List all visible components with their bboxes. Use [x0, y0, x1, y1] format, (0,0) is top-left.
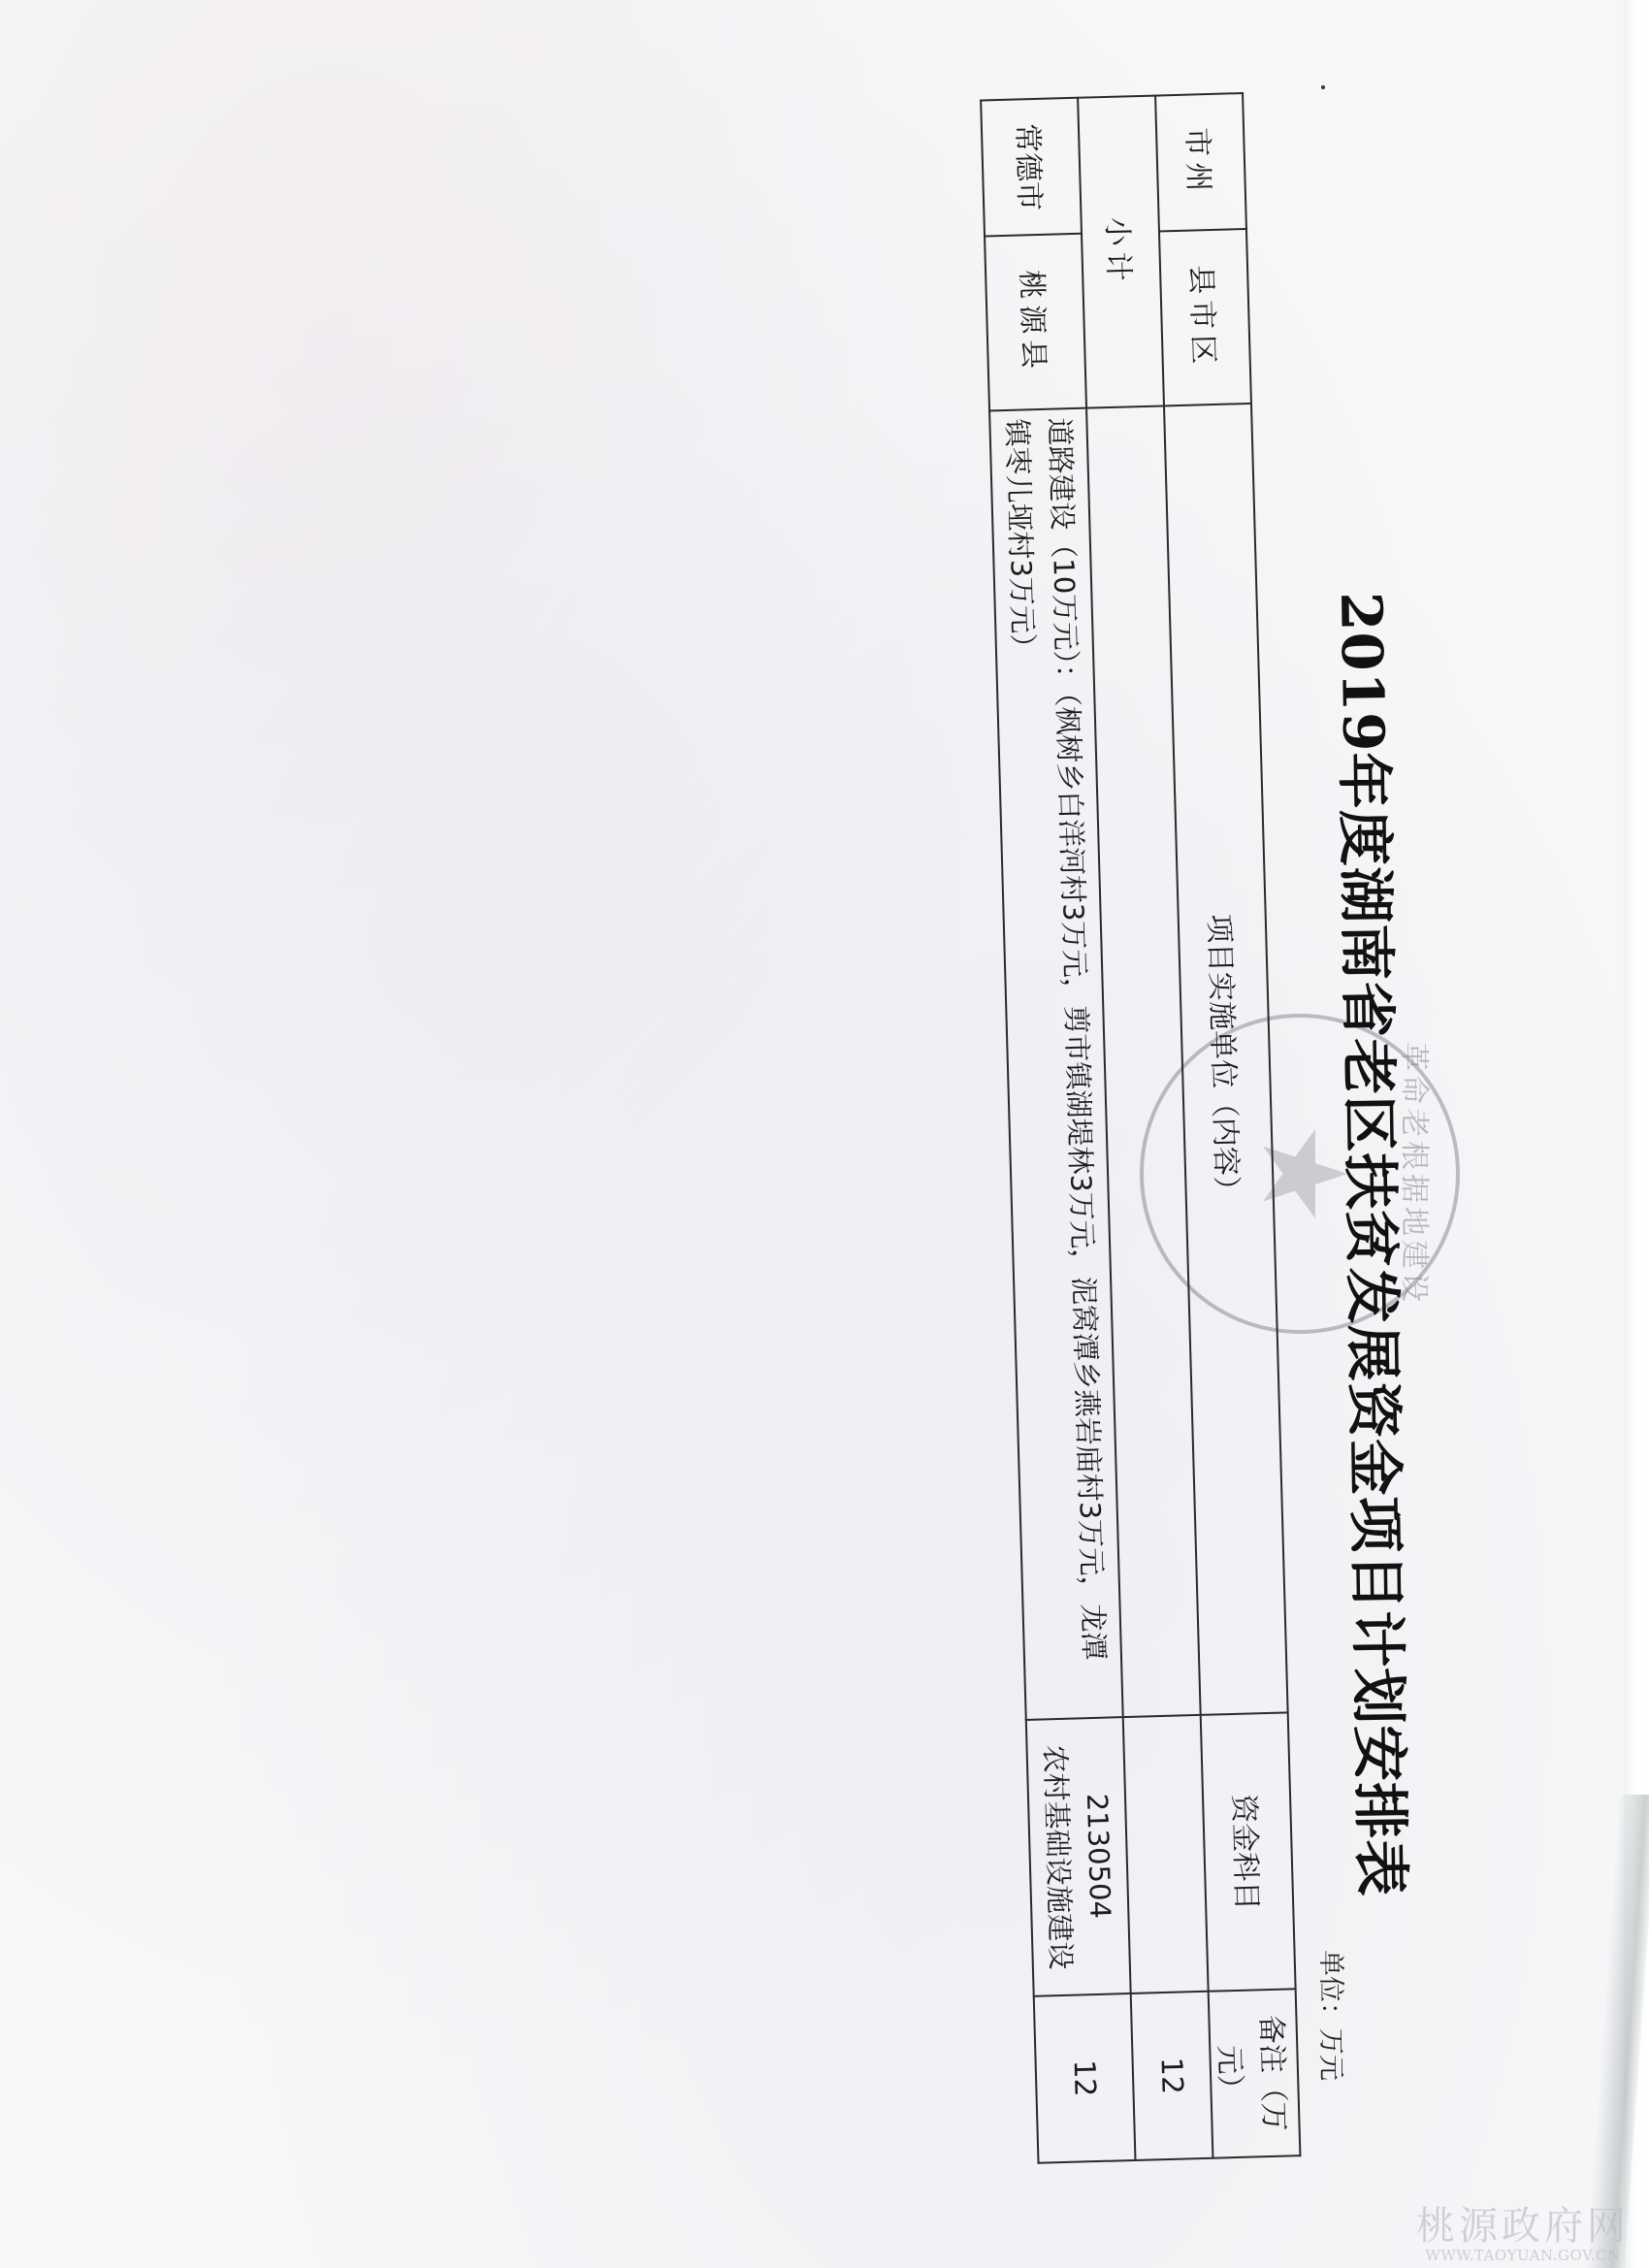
header-subject-label: 资金科目	[1226, 1794, 1263, 1911]
plan-table: 市州 县市区 项目实施单位（内容） 资金科目 备注（万元） 小计 12 常德市 …	[980, 92, 1301, 2164]
document-title: 2019年度湖南省老区扶贫发展资金项目计划安排表	[1325, 591, 1425, 1736]
header-subject: 资金科目	[1201, 1712, 1296, 1991]
subtotal-label: 小计	[1100, 216, 1136, 287]
header-county: 县市区	[1159, 229, 1251, 405]
city-cell: 常德市	[981, 98, 1082, 237]
watermark-url: WWW.TAOYUAN.GOV.CN	[1416, 2247, 1630, 2264]
header-remark: 备注（万元）	[1209, 1989, 1301, 2157]
county-value: 桃源县	[1014, 270, 1051, 375]
subject-cell: 2130504 农村基础设施建设	[1026, 1717, 1131, 1996]
header-remark-label: 备注（万元）	[1212, 2015, 1290, 2132]
subtotal-label-cell: 小计	[1078, 96, 1164, 408]
header-city-label: 市州	[1180, 127, 1215, 198]
subtotal-subject-cell	[1123, 1715, 1209, 1993]
subject-code: 2130504	[1075, 1728, 1122, 1984]
subject-name: 农村基础设施建设	[1034, 1730, 1082, 1986]
header-county-label: 县市区	[1183, 265, 1220, 371]
remark-cell: 12	[1034, 1993, 1136, 2163]
watermark-name: 桃源政府网	[1416, 2206, 1630, 2247]
header-city: 市州	[1155, 93, 1246, 231]
remark-amount: 12	[1067, 2059, 1102, 2097]
city-value: 常德市	[1010, 123, 1046, 211]
header-content-label: 项目实施单位（内容）	[1202, 914, 1244, 1206]
county-cell: 桃源县	[985, 234, 1086, 411]
plan-table-wrapper: 市州 县市区 项目实施单位（内容） 资金科目 备注（万元） 小计 12 常德市 …	[980, 92, 1301, 2164]
unit-label: 单位：万元	[1314, 1950, 1352, 2081]
subtotal-amount: 12	[1154, 2057, 1189, 2094]
rotated-page: 革命老根据地建设 ★ 2019年度湖南省老区扶贫发展资金项目计划安排表 单位：万…	[0, 0, 1649, 2268]
site-watermark: 桃源政府网 WWW.TAOYUAN.GOV.CN	[1416, 2206, 1630, 2264]
subtotal-remark-cell: 12	[1131, 1992, 1213, 2160]
